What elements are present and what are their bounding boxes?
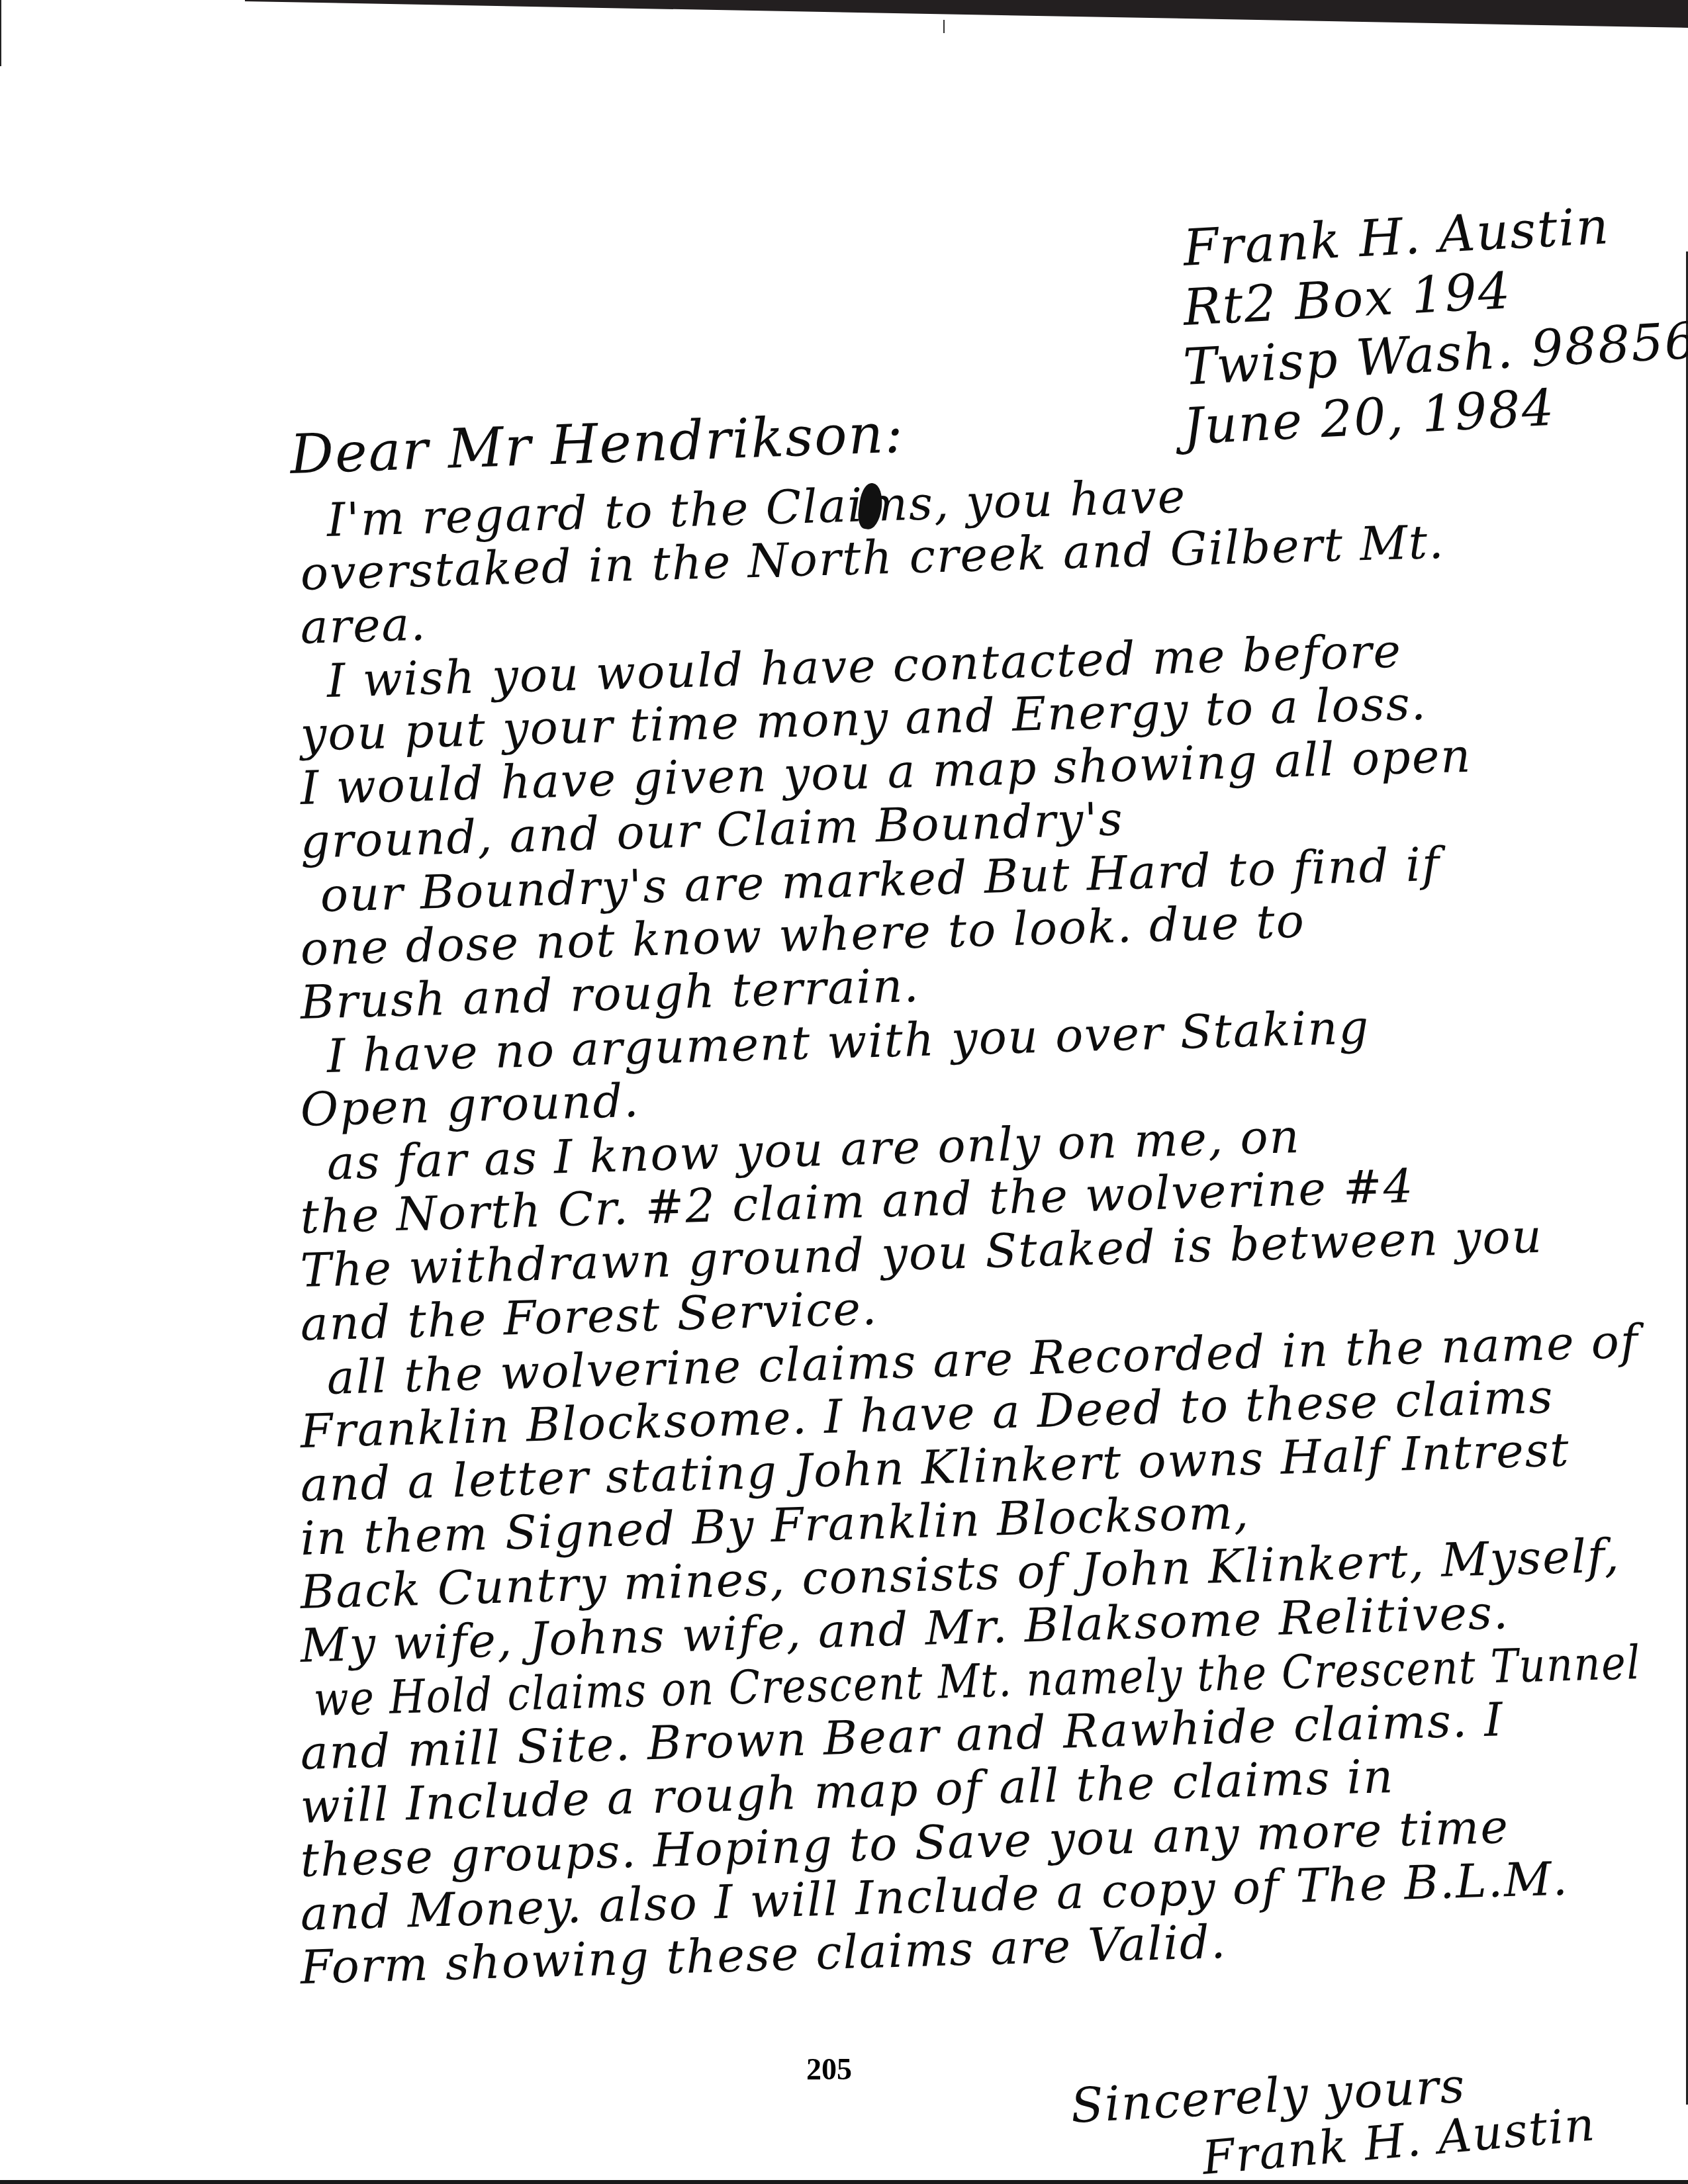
salutation: Dear Mr Hendrikson: — [289, 402, 906, 486]
letter-line: area. — [300, 597, 428, 655]
page-number: 205 — [806, 2052, 852, 2087]
scan-artifact-top-edge — [0, 0, 1688, 40]
sender-name: Frank H. Austin — [1182, 196, 1611, 277]
scan-artifact-left-edge — [0, 0, 1, 66]
scan-artifact-tick — [943, 20, 945, 33]
letter-line: Open ground. — [300, 1073, 641, 1137]
scan-artifact-bottom-edge — [0, 2180, 1688, 2184]
